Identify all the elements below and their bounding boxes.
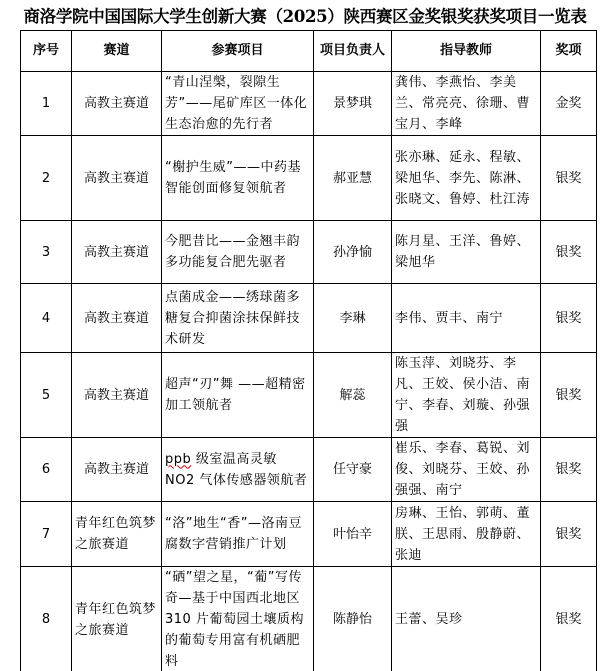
cell-leader: 解蕊 [314,353,392,438]
header-advisors: 指导教师 [392,31,541,72]
cell-advisors: 崔乐、李春、葛锐、刘俊、刘晓芬、王姣、孙强强、南宁 [392,438,541,502]
cell-index: 5 [21,353,72,438]
cell-track: 高教主赛道 [72,353,162,438]
table-row: 5 高教主赛道 超声“刃”舞 ——超精密加工领航者 解蕊 陈玉萍、刘晓芬、李凡、… [21,353,597,438]
cell-award: 银奖 [541,438,597,502]
award-table: 序号 赛道 参赛项目 项目负责人 指导教师 奖项 1 高教主赛道 “青山涅槃，裂… [20,30,597,671]
cell-advisors: 陈玉萍、刘晓芬、李凡、王姣、侯小洁、南宁、李春、刘璇、孙强强 [392,353,541,438]
cell-advisors: 房琳、王怡、郭萌、董朕、王思雨、殷静蔚、张迪 [392,502,541,567]
header-leader: 项目负责人 [314,31,392,72]
cell-award: 银奖 [541,353,597,438]
cell-award: 银奖 [541,136,597,221]
cell-project: 今肥昔比——金翘丰韵多功能复合肥先驱者 [162,221,314,284]
table-row: 1 高教主赛道 “青山涅槃，裂隙生芳”——尾矿库区一体化生态治愈的先行者 景梦琪… [21,72,597,136]
document-title: 商洛学院中国国际大学生创新大赛（2025）陕西赛区金奖银奖获奖项目一览表 [0,6,610,28]
table-row: 6 高教主赛道 ppb 级室温高灵敏 NO2 气体传感器领航者 任守豪 崔乐、李… [21,438,597,502]
cell-leader: 任守豪 [314,438,392,502]
cell-project: “洛”地生“香”—洛南豆腐数字营销推广计划 [162,502,314,567]
cell-project: 超声“刃”舞 ——超精密加工领航者 [162,353,314,438]
cell-award: 银奖 [541,284,597,353]
cell-index: 4 [21,284,72,353]
cell-project: “青山涅槃，裂隙生芳”——尾矿库区一体化生态治愈的先行者 [162,72,314,136]
cell-leader: 孙净愉 [314,221,392,284]
cell-advisors: 龚伟、李燕怡、李美兰、常亮亮、徐珊、曹宝月、李峰 [392,72,541,136]
cell-advisors: 张亦琳、延永、程敏、梁旭华、李先、陈淋、张晓文、鲁婷、杜江涛 [392,136,541,221]
cell-track: 高教主赛道 [72,136,162,221]
cell-leader: 陈静怡 [314,567,392,671]
table-row: 4 高教主赛道 点菌成金——绣球菌多糖复合抑菌涂抹保鲜技术研发 李琳 李伟、贾丰… [21,284,597,353]
cell-project: “榭护生威”——中药基智能创面修复领航者 [162,136,314,221]
spellcheck-flagged-word: ppb [165,452,191,467]
header-award: 奖项 [541,31,597,72]
cell-track: 高教主赛道 [72,72,162,136]
cell-award: 金奖 [541,72,597,136]
cell-track: 青年红色筑梦之旅赛道 [72,567,162,671]
cell-leader: 李琳 [314,284,392,353]
cell-project: 点菌成金——绣球菌多糖复合抑菌涂抹保鲜技术研发 [162,284,314,353]
header-track: 赛道 [72,31,162,72]
cell-award: 银奖 [541,221,597,284]
cell-index: 2 [21,136,72,221]
cell-index: 3 [21,221,72,284]
cell-track: 高教主赛道 [72,284,162,353]
cell-project: “硒”望之星，“葡”写传奇—基于中国西北地区 310 片葡萄园土壤质构的葡萄专用… [162,567,314,671]
cell-track: 高教主赛道 [72,438,162,502]
cell-track: 高教主赛道 [72,221,162,284]
header-project: 参赛项目 [162,31,314,72]
cell-award: 银奖 [541,502,597,567]
cell-index: 7 [21,502,72,567]
cell-leader: 郝亚慧 [314,136,392,221]
cell-leader: 叶怡辛 [314,502,392,567]
table-row: 2 高教主赛道 “榭护生威”——中药基智能创面修复领航者 郝亚慧 张亦琳、延永、… [21,136,597,221]
cell-project: ppb 级室温高灵敏 NO2 气体传感器领航者 [162,438,314,502]
table-row: 8 青年红色筑梦之旅赛道 “硒”望之星，“葡”写传奇—基于中国西北地区 310 … [21,567,597,671]
cell-index: 8 [21,567,72,671]
cell-index: 6 [21,438,72,502]
cell-leader: 景梦琪 [314,72,392,136]
cell-award: 银奖 [541,567,597,671]
table-header-row: 序号 赛道 参赛项目 项目负责人 指导教师 奖项 [21,31,597,72]
cell-track: 青年红色筑梦之旅赛道 [72,502,162,567]
cell-index: 1 [21,72,72,136]
cell-advisors: 王蕾、吴珍 [392,567,541,671]
cell-advisors: 陈月星、王洋、鲁婷、梁旭华 [392,221,541,284]
table-row: 7 青年红色筑梦之旅赛道 “洛”地生“香”—洛南豆腐数字营销推广计划 叶怡辛 房… [21,502,597,567]
table-row: 3 高教主赛道 今肥昔比——金翘丰韵多功能复合肥先驱者 孙净愉 陈月星、王洋、鲁… [21,221,597,284]
cell-advisors: 李伟、贾丰、南宁 [392,284,541,353]
header-index: 序号 [21,31,72,72]
